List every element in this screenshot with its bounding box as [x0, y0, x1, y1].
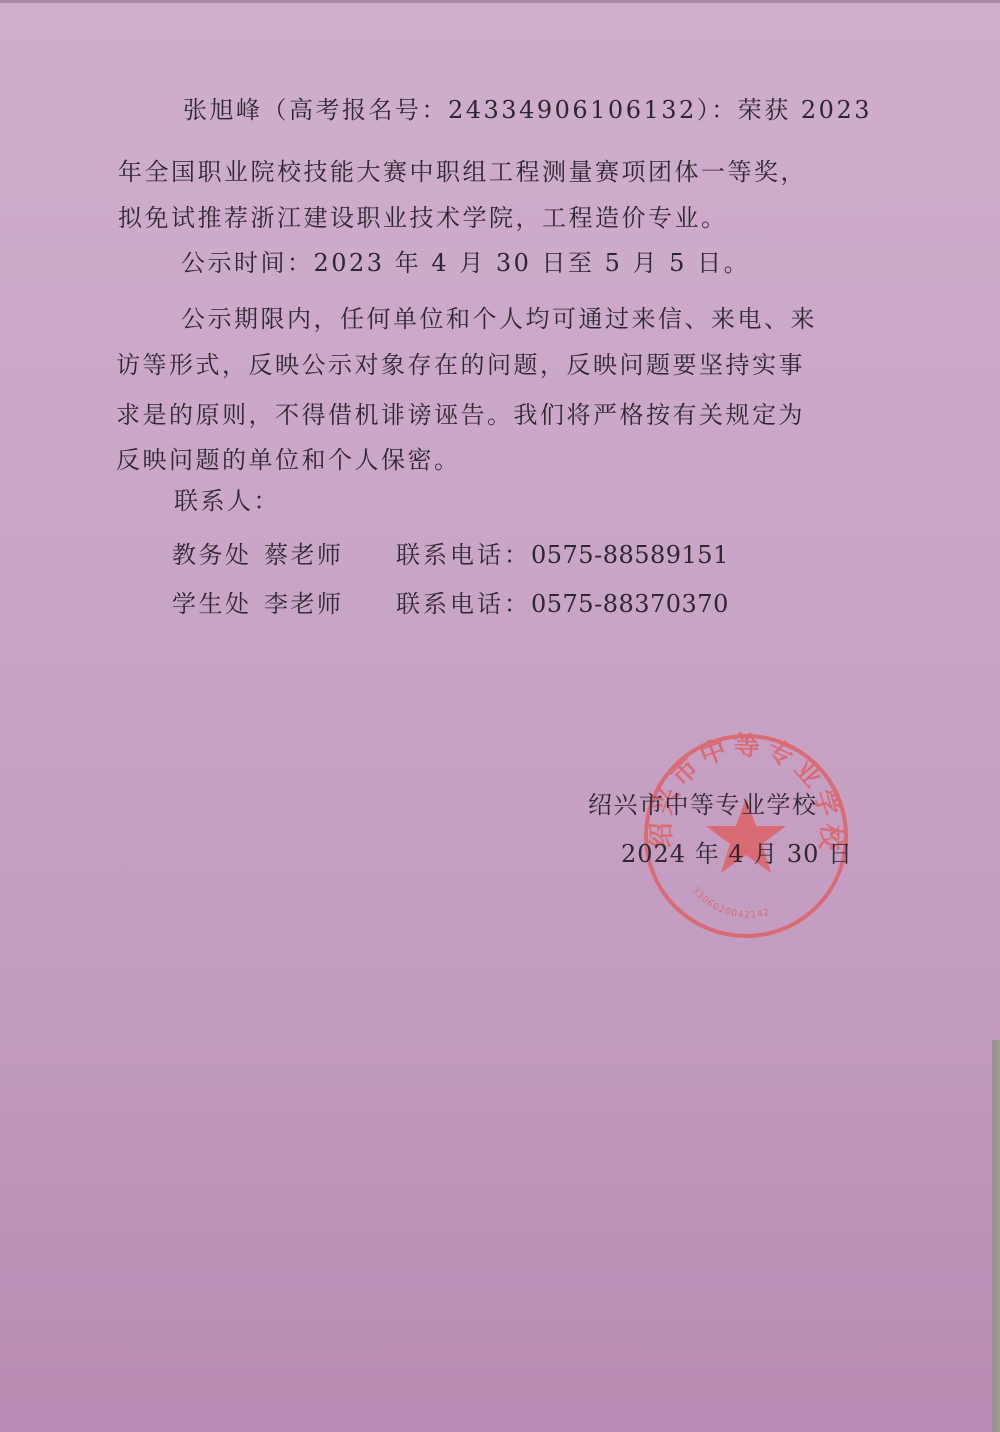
feedback-line-4: 反映问题的单位和个人保密。 [116, 448, 461, 472]
award-line-2: 年全国职业院校技能大赛中职组工程测量赛项团体一等奖， [118, 160, 807, 184]
contact-phone: 0575-88589151 [531, 543, 729, 567]
document-page: 张旭峰（高考报名号：24334906106132）：荣获 2023 年全国职业院… [0, 0, 1000, 1432]
notice-period: 公示时间：2023 年 4 月 30 日至 5 月 5 日。 [181, 251, 750, 275]
contacts-heading: 联系人： [174, 489, 280, 513]
contact-row: 教务处 蔡老师 联系电话： 0575-88589151 [172, 543, 729, 567]
signature-date: 2024 年 4 月 30 日 [621, 842, 853, 866]
background-edge-strip [992, 1040, 1000, 1432]
contact-phone-label: 联系电话： [396, 592, 531, 616]
contact-person: 蔡老师 [264, 543, 396, 567]
feedback-line-2: 访等形式，反映公示对象存在的问题，反映问题要坚持实事 [116, 353, 805, 377]
contact-phone-label: 联系电话： [396, 543, 531, 567]
award-line-1: 张旭峰（高考报名号：24334906106132）：荣获 2023 [183, 98, 872, 122]
contact-department: 学生处 [172, 592, 264, 616]
contact-phone: 0575-88370370 [531, 592, 729, 616]
contact-person: 李老师 [264, 592, 396, 616]
seal-serial: 3306020042142 [690, 885, 772, 920]
contact-row: 学生处 李老师 联系电话： 0575-88370370 [172, 592, 729, 616]
official-seal: 绍兴市中等专业学校 3306020042142 [640, 730, 852, 942]
page-top-edge [0, 0, 1000, 3]
contact-department: 教务处 [172, 543, 264, 567]
feedback-line-3: 求是的原则，不得借机诽谤诬告。我们将严格按有关规定为 [116, 403, 805, 427]
award-line-3: 拟免试推荐浙江建设职业技术学院，工程造价专业。 [118, 206, 728, 230]
signature-organization: 绍兴市中等专业学校 [588, 793, 818, 817]
svg-text:3306020042142: 3306020042142 [690, 885, 772, 920]
feedback-line-1: 公示期限内，任何单位和个人均可通过来信、来电、来 [181, 307, 817, 331]
